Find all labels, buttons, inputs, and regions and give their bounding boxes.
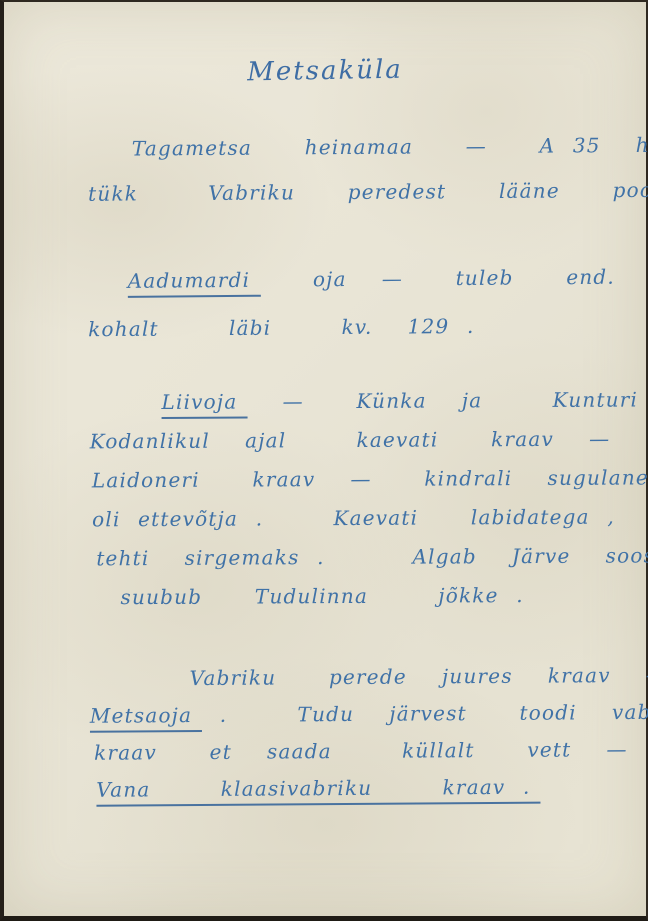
handwritten-line: Liivoja — Künka ja Kunturi vahel .: [87, 385, 605, 427]
underlined-text: Aadumardi: [128, 268, 261, 298]
scanned-page: Metsaküla Tagametsa heinamaa — A 35 hein…: [0, 0, 648, 921]
text-segment: . Tudu järvest toodi vabrikule: [202, 699, 648, 727]
handwritten-line: Vana klaasivabriku kraav .: [88, 771, 606, 812]
text-segment: kohalt läbi kv. 129 .: [88, 314, 475, 341]
text-segment: Laidoneri kraav — kindrali sugulane: [92, 465, 648, 492]
handwritten-line: suubub Tudulinna jõkke .: [88, 580, 606, 622]
text-segment: Kodanlikul ajal kaevati kraav —: [90, 427, 611, 454]
handwritten-line: Metsaoja . Tudu järvest toodi vabrikule: [88, 697, 606, 738]
paragraph: Vabriku perede juures kraav — enneMetsao…: [87, 660, 606, 812]
text-segment: tehti sirgemaks . Algab Järve soost,: [96, 543, 648, 570]
handwritten-line: tehti sirgemaks . Algab Järve soost,: [88, 541, 606, 583]
handwritten-line: Vabriku perede juures kraav — enne: [87, 660, 605, 701]
page-title: Metsaküla: [4, 50, 646, 91]
paragraph: Aadumardi oja — tuleb end. Kunessaarekoh…: [88, 262, 607, 363]
text-segment: oli ettevõtja . Kaevati labidatega ,: [92, 505, 615, 532]
text-segment: tükk Vabriku peredest lääne pool .: [88, 178, 648, 206]
paragraph: Tagametsa heinamaa — A 35 heinamaa-tükk …: [88, 130, 607, 224]
handwritten-line: kraav et saada küllalt vett —: [88, 734, 606, 775]
text-segment: suubub Tudulinna jõkke .: [120, 583, 523, 609]
handwritten-line: Laidoneri kraav — kindrali sugulane: [88, 463, 606, 505]
handwritten-line: Tagametsa heinamaa — A 35 heinamaa-: [88, 130, 606, 179]
text-segment: Vabriku perede juures kraav — enne: [190, 662, 648, 690]
text-segment: — Künka ja Kunturi vahel .: [247, 387, 648, 414]
underlined-text: Liivoja: [161, 390, 247, 419]
handwritten-line: Kodanlikul ajal kaevati kraav —: [88, 424, 606, 466]
handwritten-line: kohalt läbi kv. 129 .: [88, 310, 606, 363]
underlined-text: Metsaoja: [90, 703, 203, 733]
handwritten-line: tükk Vabriku peredest lääne pool .: [88, 175, 606, 224]
paragraph: Liivoja — Künka ja Kunturi vahel .Kodanl…: [87, 385, 606, 622]
underlined-text: Vana klaasivabriku kraav .: [96, 775, 540, 807]
text-segment: kraav et saada küllalt vett —: [94, 737, 628, 765]
text-segment: oja — tuleb end. Kunessaare: [260, 263, 648, 292]
handwritten-line: oli ettevõtja . Kaevati labidatega ,: [88, 502, 606, 544]
text-segment: Tagametsa heinamaa — A 35 heinamaa-: [132, 132, 648, 160]
handwritten-line: Aadumardi oja — tuleb end. Kunessaare: [88, 262, 606, 315]
